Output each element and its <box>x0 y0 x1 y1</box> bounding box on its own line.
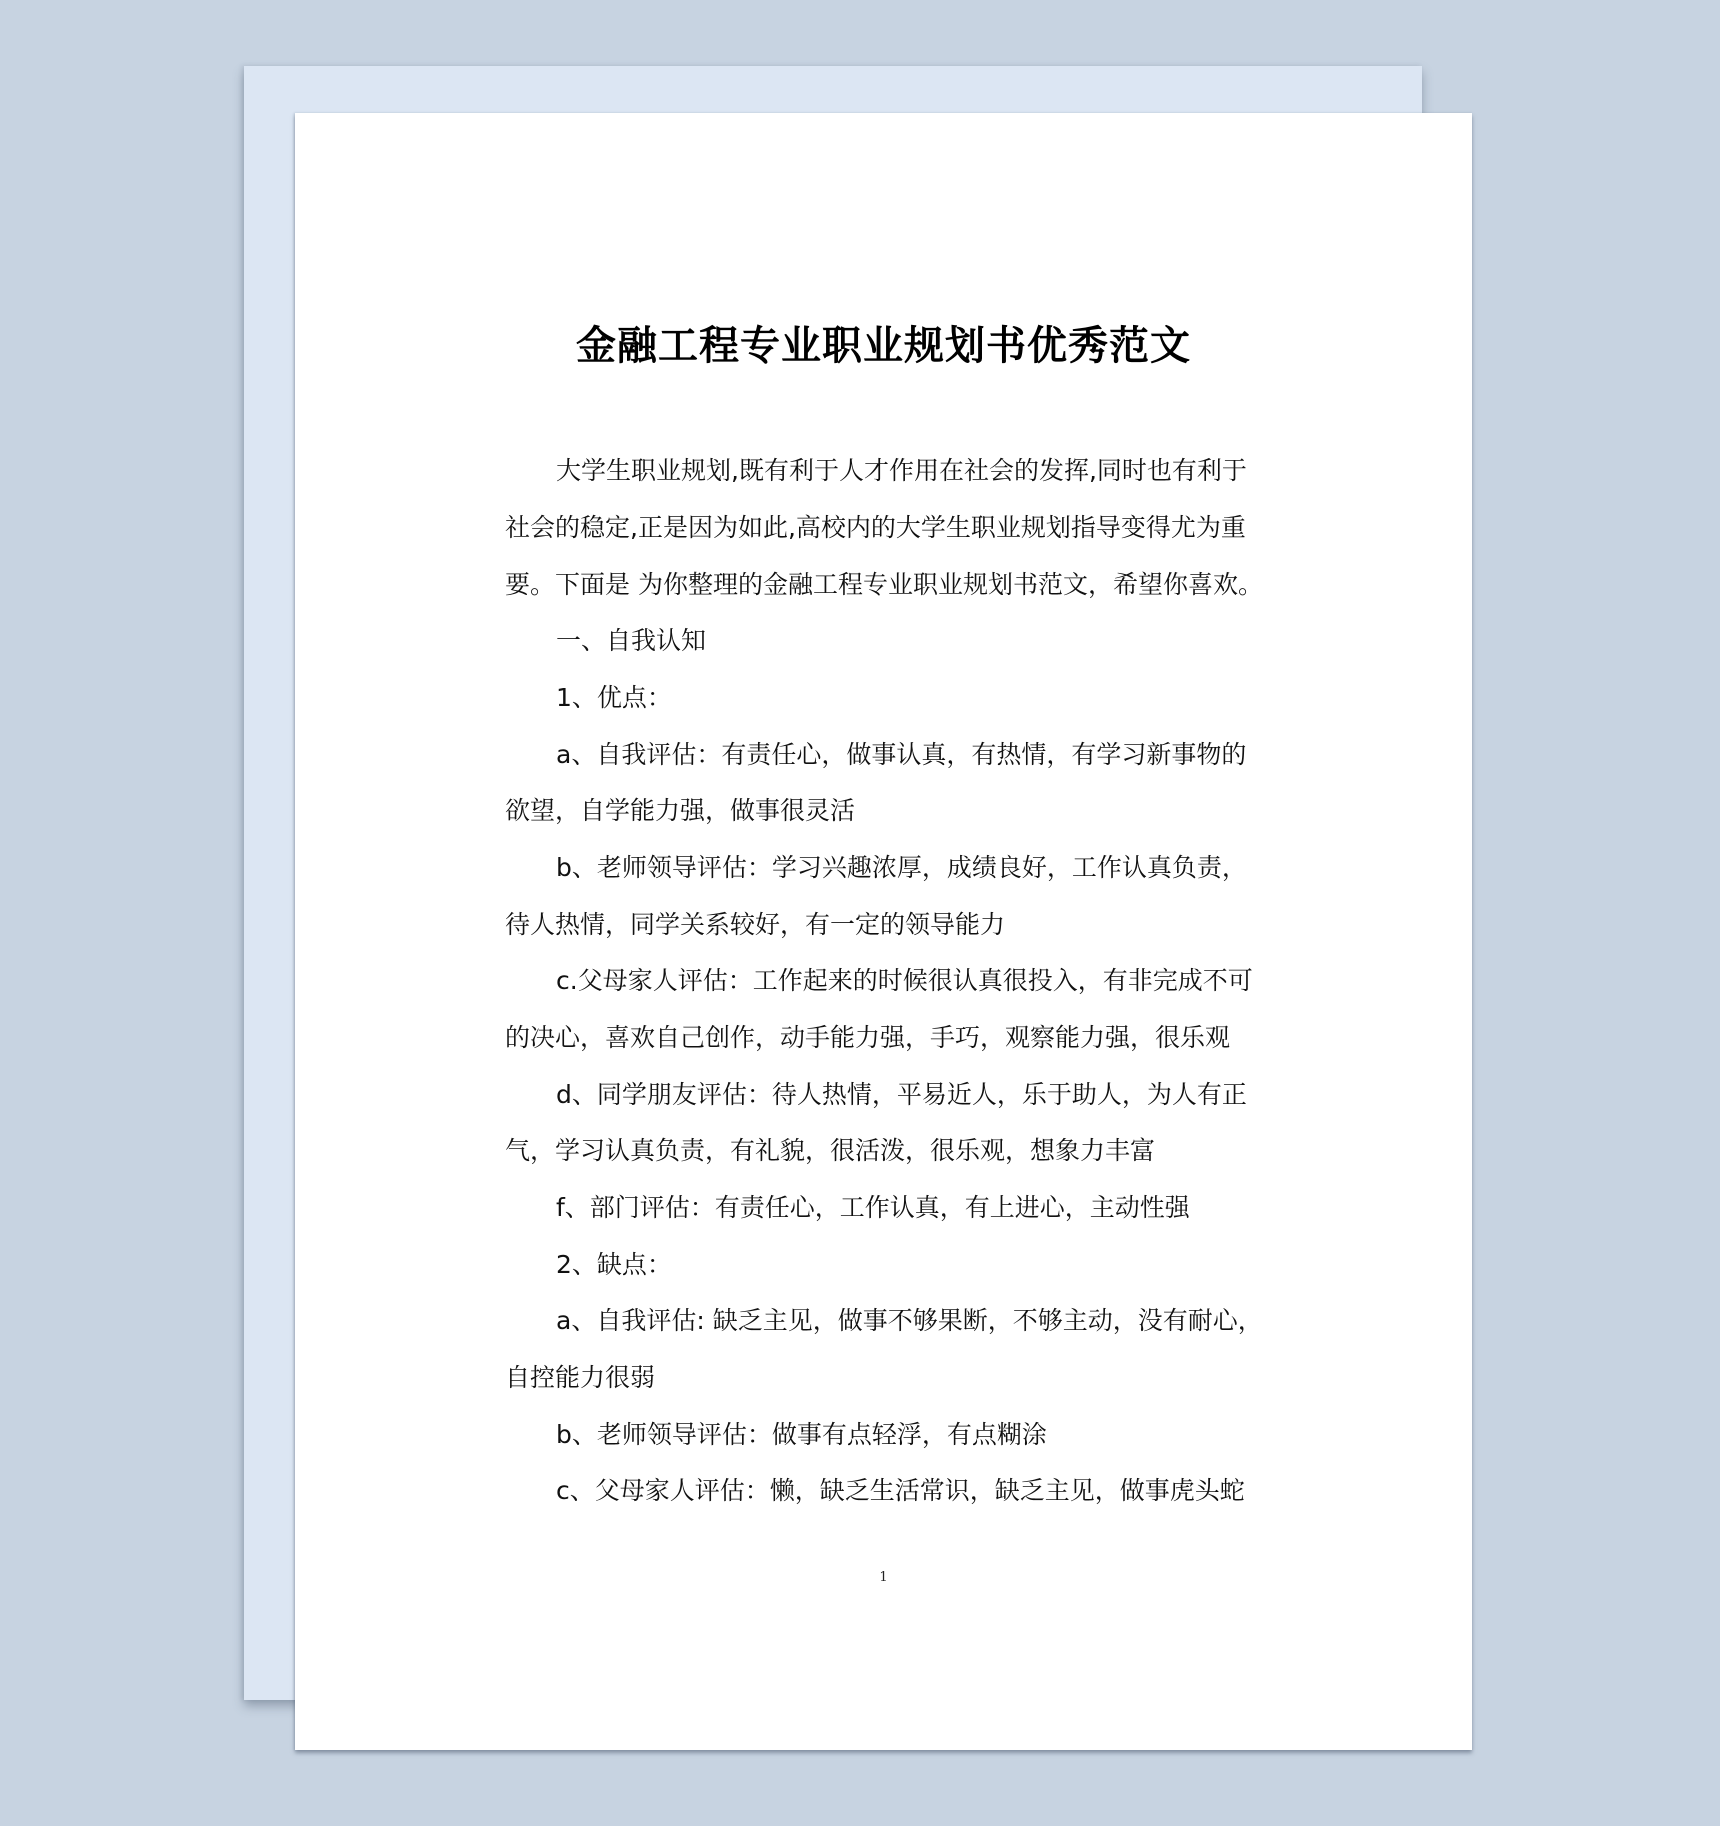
paragraph-line: a、自我评估：有责任心，做事认真，有热情，有学习新事物的 <box>556 738 1316 772</box>
paragraph-line: b、老师领导评估：学习兴趣浓厚，成绩良好，工作认真负责， <box>556 851 1316 885</box>
paragraph-line: 社会的稳定,正是因为如此,高校内的大学生职业规划指导变得尤为重 <box>505 511 1265 545</box>
paragraph-line: 大学生职业规划,既有利于人才作用在社会的发挥,同时也有利于 <box>556 454 1316 488</box>
paragraph-line: f、部门评估：有责任心，工作认真，有上进心，主动性强 <box>556 1191 1316 1225</box>
document-page: 金融工程专业职业规划书优秀范文 大学生职业规划,既有利于人才作用在社会的发挥,同… <box>295 113 1472 1750</box>
paragraph-line: d、同学朋友评估：待人热情，平易近人，乐于助人，为人有正 <box>556 1078 1316 1112</box>
paragraph-line: 要。下面是 为你整理的金融工程专业职业规划书范文，希望你喜欢。 <box>505 568 1265 602</box>
paragraph-line: 待人热情，同学关系较好，有一定的领导能力 <box>505 908 1265 942</box>
paragraph-line: c.父母家人评估：工作起来的时候很认真很投入，有非完成不可 <box>556 964 1316 998</box>
paragraph-line: a、自我评估: 缺乏主见，做事不够果断，不够主动，没有耐心， <box>556 1304 1316 1338</box>
paragraph-line: c、父母家人评估：懒，缺乏生活常识，缺乏主见，做事虎头蛇 <box>556 1474 1316 1508</box>
paragraph-line: 自控能力很弱 <box>505 1361 1265 1395</box>
paragraph-line: 欲望，自学能力强，做事很灵活 <box>505 794 1265 828</box>
paragraph-line: b、老师领导评估：做事有点轻浮，有点糊涂 <box>556 1418 1316 1452</box>
document-title: 金融工程专业职业规划书优秀范文 <box>295 318 1472 374</box>
paragraph-line: 气，学习认真负责，有礼貌，很活泼，很乐观，想象力丰富 <box>505 1134 1265 1168</box>
section-heading: 一、自我认知 <box>556 624 1316 658</box>
subsection-heading: 2、缺点： <box>556 1248 1316 1282</box>
paragraph-line: 的决心，喜欢自己创作，动手能力强，手巧，观察能力强，很乐观 <box>505 1021 1265 1055</box>
subsection-heading: 1、优点： <box>556 681 1316 715</box>
page-number: 1 <box>295 1570 1472 1585</box>
